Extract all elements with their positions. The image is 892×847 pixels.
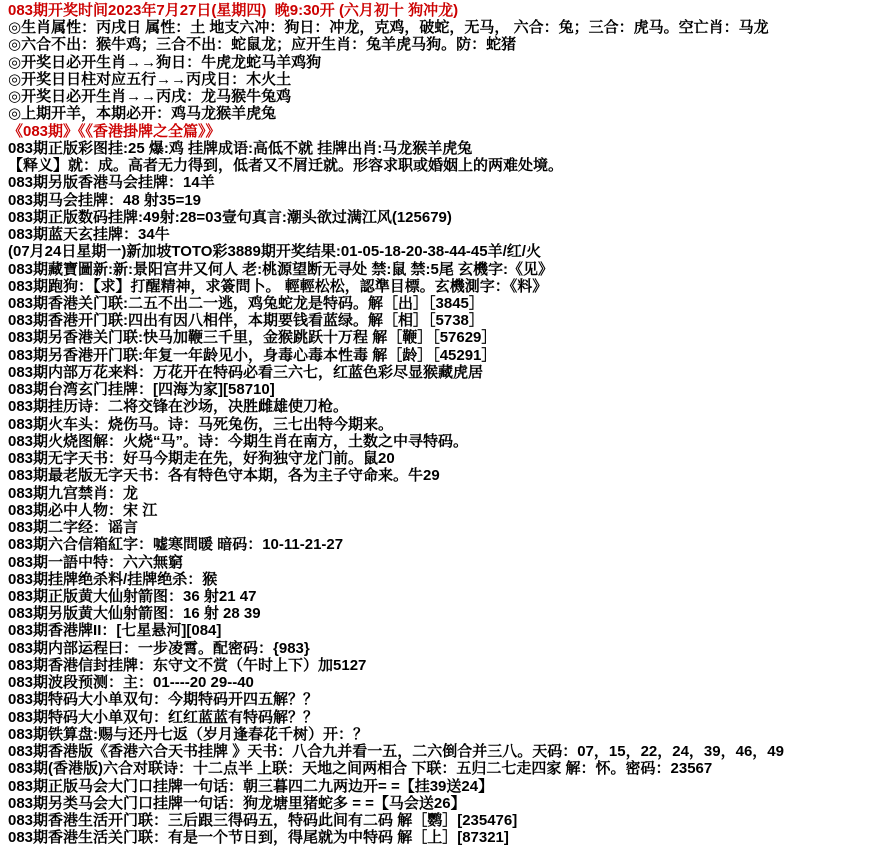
tip-line: 083期火车头：烧伤马。诗：马死兔伤，三七出特今期来。 [8,416,888,433]
tip-line: 083期(香港版)六合对联诗：十二点半 上联：天地之间两相合 下联：五归二七走四… [8,760,888,777]
tip-line: 083期必中人物：宋 江 [8,502,888,519]
tip-line: 083期另版黄大仙射箭图：16 射 28 39 [8,605,888,622]
tip-line: 083期二字经：谣言 [8,519,888,536]
tip-line: 083期内部万花来料：万花开在特码必看三六七，红蓝色彩尽显猴藏虎居 [8,364,888,381]
zodiac-note-line: ◎上期开羊，本期必开：鸡马龙猴羊虎兔 [8,105,888,122]
tip-line: 083期香港开门联:四出有因八相伴，本期要钱看蓝绿。解［相］［5738］ [8,312,888,329]
tip-line: 083期内部运程曰：一步凌霄。配密码：{983} [8,640,888,657]
tip-line: 083期挂历诗：二将交锋在沙场，决胜雌雄使刀枪。 [8,398,888,415]
tip-line: 083期另香港关门联:快马加鞭三千里，金猴跳跃十万程 解［鞭］［57629］ [8,329,888,346]
tip-line: 083期波段预测：主：01----20 29--40 [8,674,888,691]
tip-line: 083期香港关门联:二五不出二一逃，鸡兔蛇龙是特码。解［出］［3845］ [8,295,888,312]
tip-line: 083期特码大小单双句：红红蓝蓝有特码解？？ [8,709,888,726]
tip-line: 083期蓝天玄挂牌：34牛 [8,226,888,243]
tip-line: 083期无字天书：好马今期走在先，好狗独守龙门前。鼠20 [8,450,888,467]
zodiac-note-line: ◎开奖日必开生肖→→狗日：牛虎龙蛇马羊鸡狗 [8,54,888,71]
tip-line: 083期另类马会大门口挂牌一句话：狗龙塘里猪蛇多 = =【马会送26】 [8,795,888,812]
tip-line: 083期香港生活开门联：三后跟三得码五，特码此间有二码 解［鹦］[235476] [8,812,888,829]
tip-line: 083期香港版《香港六合天书挂牌 》天书：八合九并看一五，二六倒合并三八。天码：… [8,743,888,760]
tip-line: 083期火烧图解：火烧“马”。诗：今期生肖在南方，土数之中寻特码。 [8,433,888,450]
tip-line: 083期马会挂牌：48 射35=19 [8,192,888,209]
tip-line: 083期正版彩图挂:25 爆:鸡 挂牌成语:高低不就 挂牌出肖:马龙猴羊虎兔 [8,140,888,157]
section-title: 《083期》《《香港掛牌之全篇》》 [8,123,888,140]
lottery-tips-page: 083期开奖时间2023年7月27日(星期四) 晚9:30开 (六月初十 狗冲龙… [0,0,892,847]
tip-line: 083期香港生活关门联：有是一个节日到，得尾就为中特码 解［上］[87321] [8,829,888,846]
tip-line: 083期正版马会大门口挂牌一句话：朝三暮四二九两边开= =【挂39送24】 [8,778,888,795]
tip-line: 083期六合信箱紅字：嘘寒問暖 暗码：10-11-21-27 [8,536,888,553]
tip-line: 083期香港信封挂牌：东守文不赏（午时上下）加5127 [8,657,888,674]
zodiac-note-line: ◎开奖日必开生肖→→丙戌：龙马猴牛兔鸡 [8,88,888,105]
tip-line: 083期一語中特：六六無窮 [8,554,888,571]
tip-line: 083期正版黄大仙射箭图：36 射21 47 [8,588,888,605]
tip-line: 083期跑狗：【求】打醒精神，求簽問卜。 輕輕松松，認準目標。玄機測字：《料》 [8,278,888,295]
tip-line: 083期特码大小单双句：今期特码开四五解？？ [8,691,888,708]
tip-line: (07月24日星期一)新加坡TOTO彩3889期开奖结果:01-05-18-20… [8,243,888,260]
tip-line: 083期另香港开门联:年复一年龄见小，身毒心毒本性毒 解［龄］［45291］ [8,347,888,364]
zodiac-note-line: ◎开奖日日柱对应五行→→丙戌日：木火土 [8,71,888,88]
tip-line: 083期香港牌II：[七星悬河][084] [8,622,888,639]
tip-line: 【释义】就：成。高者无力得到，低者又不屑迁就。形容求职或婚姻上的两难处境。 [8,157,888,174]
tip-line: 083期正版数码挂牌:49射:28=03壹句真言:潮头欲过满江风(125679) [8,209,888,226]
tip-line: 083期台湾玄门挂牌：[四海为家][58710] [8,381,888,398]
tip-line: 083期铁算盘:赐与还丹七返（岁月逢春花千树）开：？ [8,726,888,743]
tip-line: 083期另版香港马会挂牌：14羊 [8,174,888,191]
tip-line: 083期藏寶圖新:新:景阳宫井又何人 老:桃源望断无寻处 禁:鼠 禁:5尾 玄機… [8,261,888,278]
zodiac-note-line: ◎六合不出：猴牛鸡；三合不出：蛇鼠龙；应开生肖：兔羊虎马狗。防：蛇猪 [8,36,888,53]
zodiac-note-line: ◎生肖属性：丙戌日 属性：土 地支六冲：狗日：冲龙，克鸡，破蛇，无马， 六合：兔… [8,19,888,36]
draw-time-header: 083期开奖时间2023年7月27日(星期四) 晚9:30开 (六月初十 狗冲龙… [8,2,888,19]
tip-line: 083期九宫禁肖：龙 [8,485,888,502]
tip-line: 083期挂牌绝杀料/挂牌绝杀：猴 [8,571,888,588]
tip-line: 083期最老版无字天书：各有特色守本期，各为主子守命来。牛29 [8,467,888,484]
